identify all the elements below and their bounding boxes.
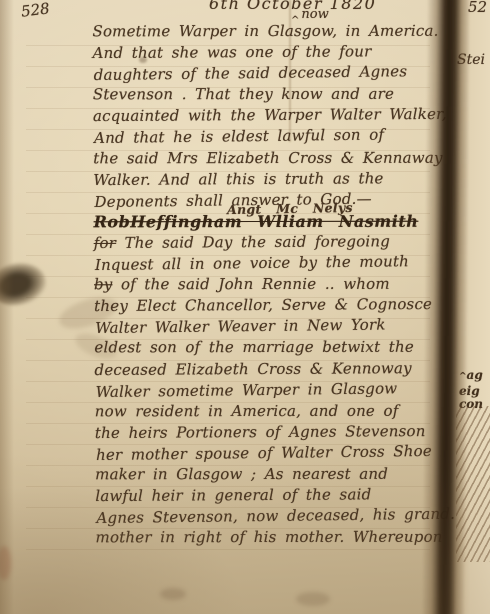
manuscript-line: the heirs Portioners of Agnes Stevenson: [95, 421, 433, 444]
manuscript-line: Inquest all in one voice by the mouth: [95, 251, 433, 276]
text-block: Sometime Warper in Glasgow, in America.A…: [92, 20, 433, 549]
manuscript-line: daughters of the said deceased Agnes: [94, 61, 432, 86]
manuscript-line: maker in Glasgow ; As nearest and: [95, 464, 433, 486]
text-segment: now resident in America, and one of: [95, 401, 399, 420]
caret-mark: ^: [291, 15, 299, 26]
text-segment: Inquest all in one voice by the mouth: [95, 252, 409, 274]
text-segment: they Elect Chancellor, Serve & Cognosce: [94, 295, 432, 315]
text-segment: mother in right of his mother. Whereupon: [96, 528, 443, 547]
manuscript-line: Walter Walker Weaver in New York: [95, 314, 433, 339]
signature-insertion: Angt Mc Nelys: [227, 200, 353, 217]
text-segment: The said Day the said foregoing: [116, 232, 390, 252]
text-segment: lawful heir in general of the said: [95, 485, 371, 505]
insertion-now: ^now: [291, 7, 329, 22]
text-segment: Walker. And all this is truth as the: [93, 169, 383, 189]
text-segment: Agnes Stevenson, now deceased, his grand…: [96, 505, 455, 527]
manuscript-line: Agnes Stevenson, now deceased, his grand…: [96, 504, 434, 529]
manuscript-line: the said Mrs Elizabeth Cross & Kennaway: [93, 147, 431, 169]
text-segment: Walker sometime Warper in Glasgow: [96, 379, 398, 401]
text-segment: And that he is eldest lawful son of: [94, 126, 384, 148]
struck-text-segment: for: [94, 234, 116, 252]
manuscript-line: Stevenson . That they know and are: [93, 84, 431, 106]
manuscript-photo: 528 6th October 1820 ^now Sometime Warpe…: [0, 0, 490, 614]
text-segment: deceased Elizabeth Cross & Kennoway: [94, 359, 411, 379]
text-segment: Stevenson . That they know and are: [93, 85, 394, 104]
ink-smudge: [0, 546, 11, 580]
manuscript-line: her mother spouse of Walter Cross Shoe: [96, 441, 434, 466]
text-segment: maker in Glasgow ; As nearest and: [95, 465, 388, 484]
text-segment: daughters of the said deceased Agnes: [94, 62, 408, 84]
ink-smudge: [160, 588, 186, 600]
manuscript-line: And that he is eldest lawful son of: [94, 124, 432, 149]
next-page-number: 52: [468, 0, 487, 16]
struck-text-segment: by: [94, 275, 113, 293]
manuscript-line: eldest son of the marriage betwixt the: [94, 337, 432, 359]
text-segment: of the said John Rennie .. whom: [112, 275, 389, 293]
book-gutter: [421, 0, 470, 614]
manuscript-line: deceased Elizabeth Cross & Kennoway: [94, 357, 432, 380]
manuscript-line: mother in right of his mother. Whereupon: [96, 527, 434, 549]
manuscript-line: Sometime Warper in Glasgow, in America.: [92, 21, 430, 43]
text-segment: Walter Walker Weaver in New York: [95, 316, 386, 338]
manuscript-line: by of the said John Rennie .. whom: [94, 274, 432, 296]
text-segment: the heirs Portioners of Agnes Stevenson: [95, 422, 426, 442]
text-segment: the said Mrs Elizabeth Cross & Kennaway: [93, 148, 442, 167]
manuscript-line: now resident in America, and one of: [95, 400, 433, 422]
page-number: 528: [20, 0, 51, 21]
ink-smudge: [296, 592, 330, 606]
text-segment: acquainted with the Warper Walter Walker…: [93, 105, 447, 125]
text-segment: eldest son of the marriage betwixt the: [94, 338, 414, 357]
manuscript-line: Walker sometime Warper in Glasgow: [96, 378, 434, 403]
text-segment: And that she was one of the four: [93, 42, 372, 62]
text-segment: Sometime Warper in Glasgow, in America.: [92, 22, 438, 41]
manuscript-line: Walker. And all this is truth as the: [93, 168, 431, 191]
insertion-now-text: now: [301, 7, 328, 22]
text-segment: her mother spouse of Walter Cross Shoe: [96, 442, 432, 464]
